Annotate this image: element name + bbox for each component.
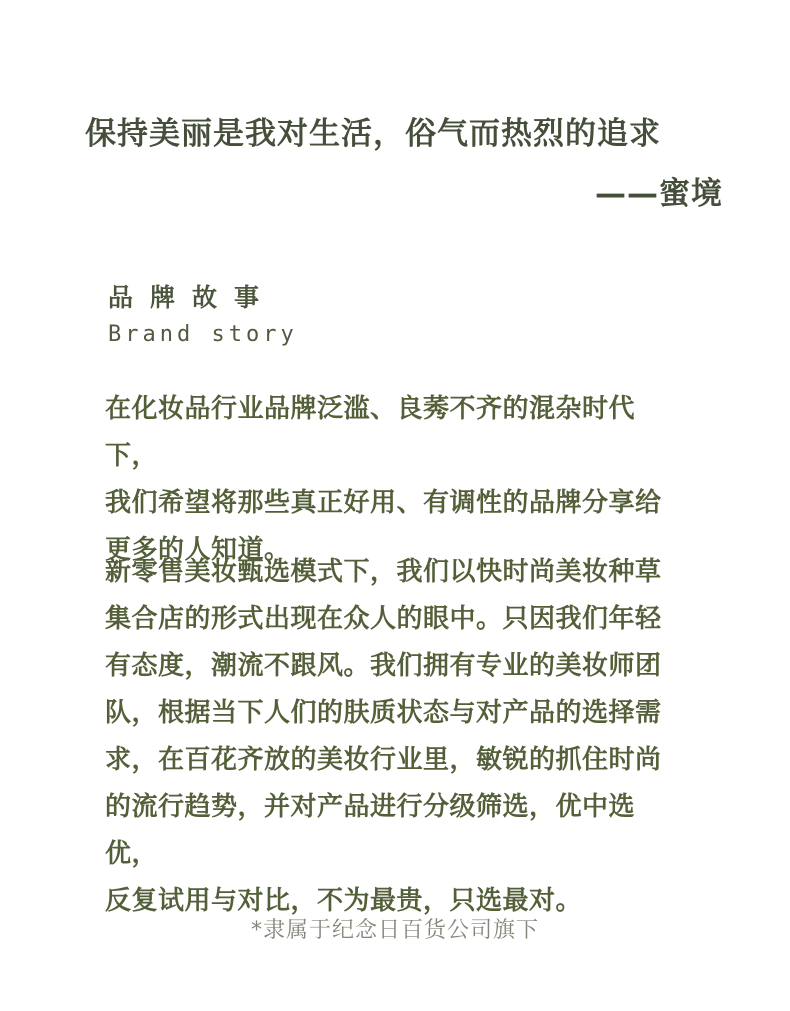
section-title-english: Brand story bbox=[108, 322, 298, 347]
brand-story-page: 保持美丽是我对生活，俗气而热烈的追求 ——蜜境 品牌故事 Brand story… bbox=[0, 0, 790, 1011]
slogan-attribution: ——蜜境 bbox=[595, 168, 723, 213]
section-title-chinese: 品牌故事 bbox=[108, 278, 276, 314]
company-footnote: *隶属于纪念日百货公司旗下 bbox=[0, 913, 790, 944]
story-paragraph-1: 在化妆品行业品牌泛滥、良莠不齐的混杂时代下， 我们希望将那些真正好用、有调性的品… bbox=[105, 386, 685, 574]
story-paragraph-2: 新零售美妆甄选模式下，我们以快时尚美妆种草 集合店的形式出现在众人的眼中。只因我… bbox=[105, 549, 685, 925]
brand-slogan: 保持美丽是我对生活，俗气而热烈的追求 bbox=[85, 108, 661, 153]
